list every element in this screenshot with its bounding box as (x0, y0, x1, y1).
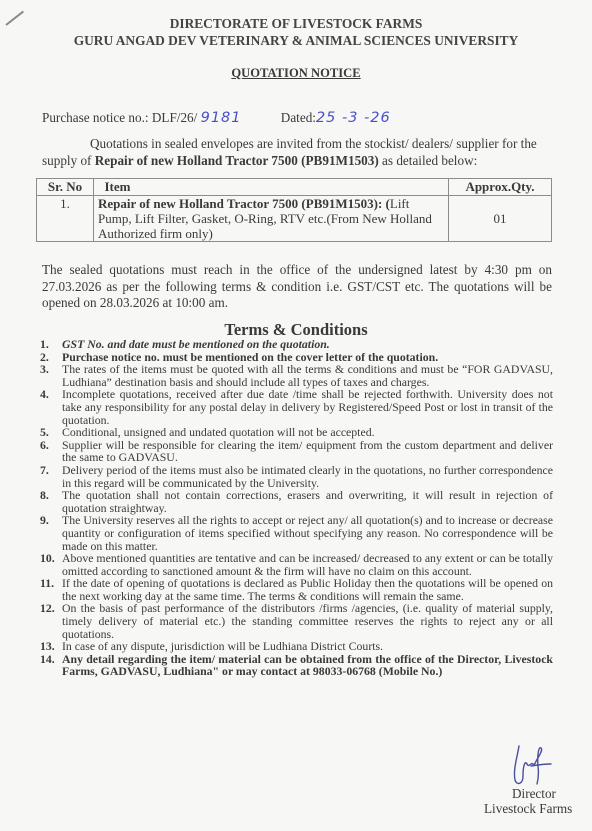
term-item: 7.Delivery period of the items must also… (40, 464, 553, 489)
term-item: 11.If the date of opening of quotations … (40, 577, 553, 602)
intro-item-title: Repair of new Holland Tractor 7500 (PB91… (95, 153, 379, 168)
cell-sr-no: 1. (37, 196, 94, 242)
cell-qty: 01 (449, 196, 552, 242)
signatory-office: Livestock Farms (484, 801, 572, 817)
term-item: 9.The University reserves all the rights… (40, 514, 553, 552)
purchase-notice-label: Purchase notice no.: DLF/26/ (42, 110, 201, 125)
term-item: 6.Supplier will be responsible for clear… (40, 439, 553, 464)
directorate-heading: DIRECTORATE OF LIVESTOCK FARMS (0, 16, 592, 32)
term-item: 12.On the basis of past performance of t… (40, 602, 553, 640)
header-item: Item (94, 179, 449, 196)
purchase-notice-number: 9181 (201, 110, 242, 126)
term-item: 8.The quotation shall not contain correc… (40, 489, 553, 514)
signature-icon (505, 740, 555, 790)
term-item: 10.Above mentioned quantities are tentat… (40, 552, 553, 577)
items-table: Sr. No Item Approx.Qty. 1. Repair of new… (36, 178, 552, 242)
term-item: 3.The rates of the items must be quoted … (40, 363, 553, 388)
term-item: 4.Incomplete quotations, received after … (40, 388, 553, 426)
header-sr-no: Sr. No (37, 179, 94, 196)
terms-list: 1.GST No. and date must be mentioned on … (40, 338, 553, 678)
quotation-notice-page: DIRECTORATE OF LIVESTOCK FARMS GURU ANGA… (0, 0, 592, 831)
table-header-row: Sr. No Item Approx.Qty. (37, 179, 552, 196)
notice-title: QUOTATION NOTICE (0, 66, 592, 81)
term-item: 14.Any detail regarding the item/ materi… (40, 653, 553, 678)
purchase-notice-line: Purchase notice no.: DLF/26/ 9181 Dated:… (42, 110, 391, 126)
intro-paragraph: Quotations in sealed envelopes are invit… (42, 135, 552, 169)
header-qty: Approx.Qty. (449, 179, 552, 196)
signatory-title: Director (512, 786, 556, 802)
dated-label: Dated: (281, 110, 316, 125)
dated-value: 25 -3 -26 (316, 110, 391, 126)
table-row: 1. Repair of new Holland Tractor 7500 (P… (37, 196, 552, 242)
cell-item: Repair of new Holland Tractor 7500 (PB91… (94, 196, 449, 242)
university-heading: GURU ANGAD DEV VETERINARY & ANIMAL SCIEN… (0, 33, 592, 49)
deadline-paragraph: The sealed quotations must reach in the … (42, 262, 552, 312)
